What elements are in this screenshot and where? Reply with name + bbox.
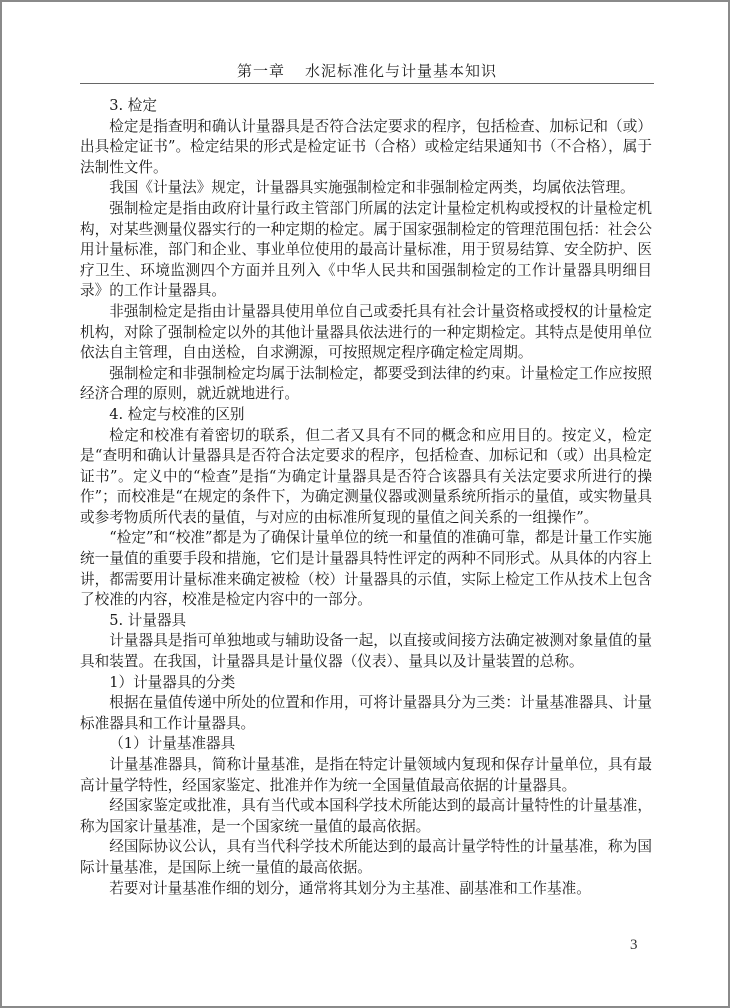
subsection-heading-classification: 1）计量器具的分类 (80, 673, 652, 694)
paragraph: 若要对计量基准作细的划分，通常将其划分为主基准、副基准和工作基准。 (80, 879, 652, 900)
section-heading-instruments: 5. 计量器具 (80, 611, 652, 632)
header-rule (80, 83, 654, 84)
subsection-heading-primary-standard: （1）计量基准器具 (80, 734, 652, 755)
paragraph: 检定是指查明和确认计量器具是否符合法定要求的程序，包括检查、加标记和（或）出具检… (80, 117, 652, 179)
paragraph: 根据在量值传递中所处的位置和作用，可将计量器具分为三类：计量基准器具、计量标准器… (80, 693, 652, 734)
running-header: 第一章水泥标准化与计量基本知识 (80, 60, 654, 81)
body-text: 3. 检定 检定是指查明和确认计量器具是否符合法定要求的程序，包括检查、加标记和… (80, 96, 652, 899)
chapter-title: 水泥标准化与计量基本知识 (305, 62, 497, 80)
chapter-number: 第一章 (237, 62, 285, 80)
section-heading-difference: 4. 检定与校准的区别 (80, 405, 652, 426)
paragraph: 强制检定是指由政府计量行政主管部门所属的法定计量检定机构或授权的计量检定机构，对… (80, 199, 652, 302)
section-heading-verification: 3. 检定 (80, 96, 652, 117)
paragraph: 计量基准器具，简称计量基准，是指在特定计量领域内复现和保存计量单位，具有最高计量… (80, 755, 652, 796)
page: 第一章水泥标准化与计量基本知识 3. 检定 检定是指查明和确认计量器具是否符合法… (0, 0, 730, 1008)
paragraph: 我国《计量法》规定，计量器具实施强制检定和非强制检定两类，均属依法管理。 (80, 178, 652, 199)
paragraph: 经国际协议公认，具有当代科学技术所能达到的最高计量学特性的计量基准，称为国际计量… (80, 837, 652, 878)
paragraph: 经国家鉴定或批准，具有当代或本国科学技术所能达到的最高计量特性的计量基准，称为国… (80, 796, 652, 837)
paragraph: 非强制检定是指由计量器具使用单位自己或委托具有社会计量资格或授权的计量检定机构，… (80, 302, 652, 364)
paragraph: “检定”和“校准”都是为了确保计量单位的统一和量值的准确可靠，都是计量工作实施统… (80, 528, 652, 610)
paragraph: 计量器具是指可单独地或与辅助设备一起，以直接或间接方法确定被测对象量值的量具和装… (80, 631, 652, 672)
paragraph: 检定和校准有着密切的联系，但二者又具有不同的概念和应用目的。按定义，检定是“查明… (80, 426, 652, 529)
page-number: 3 (630, 937, 638, 954)
paragraph: 强制检定和非强制检定均属于法制检定，都要受到法律的约束。计量检定工作应按照经济合… (80, 364, 652, 405)
